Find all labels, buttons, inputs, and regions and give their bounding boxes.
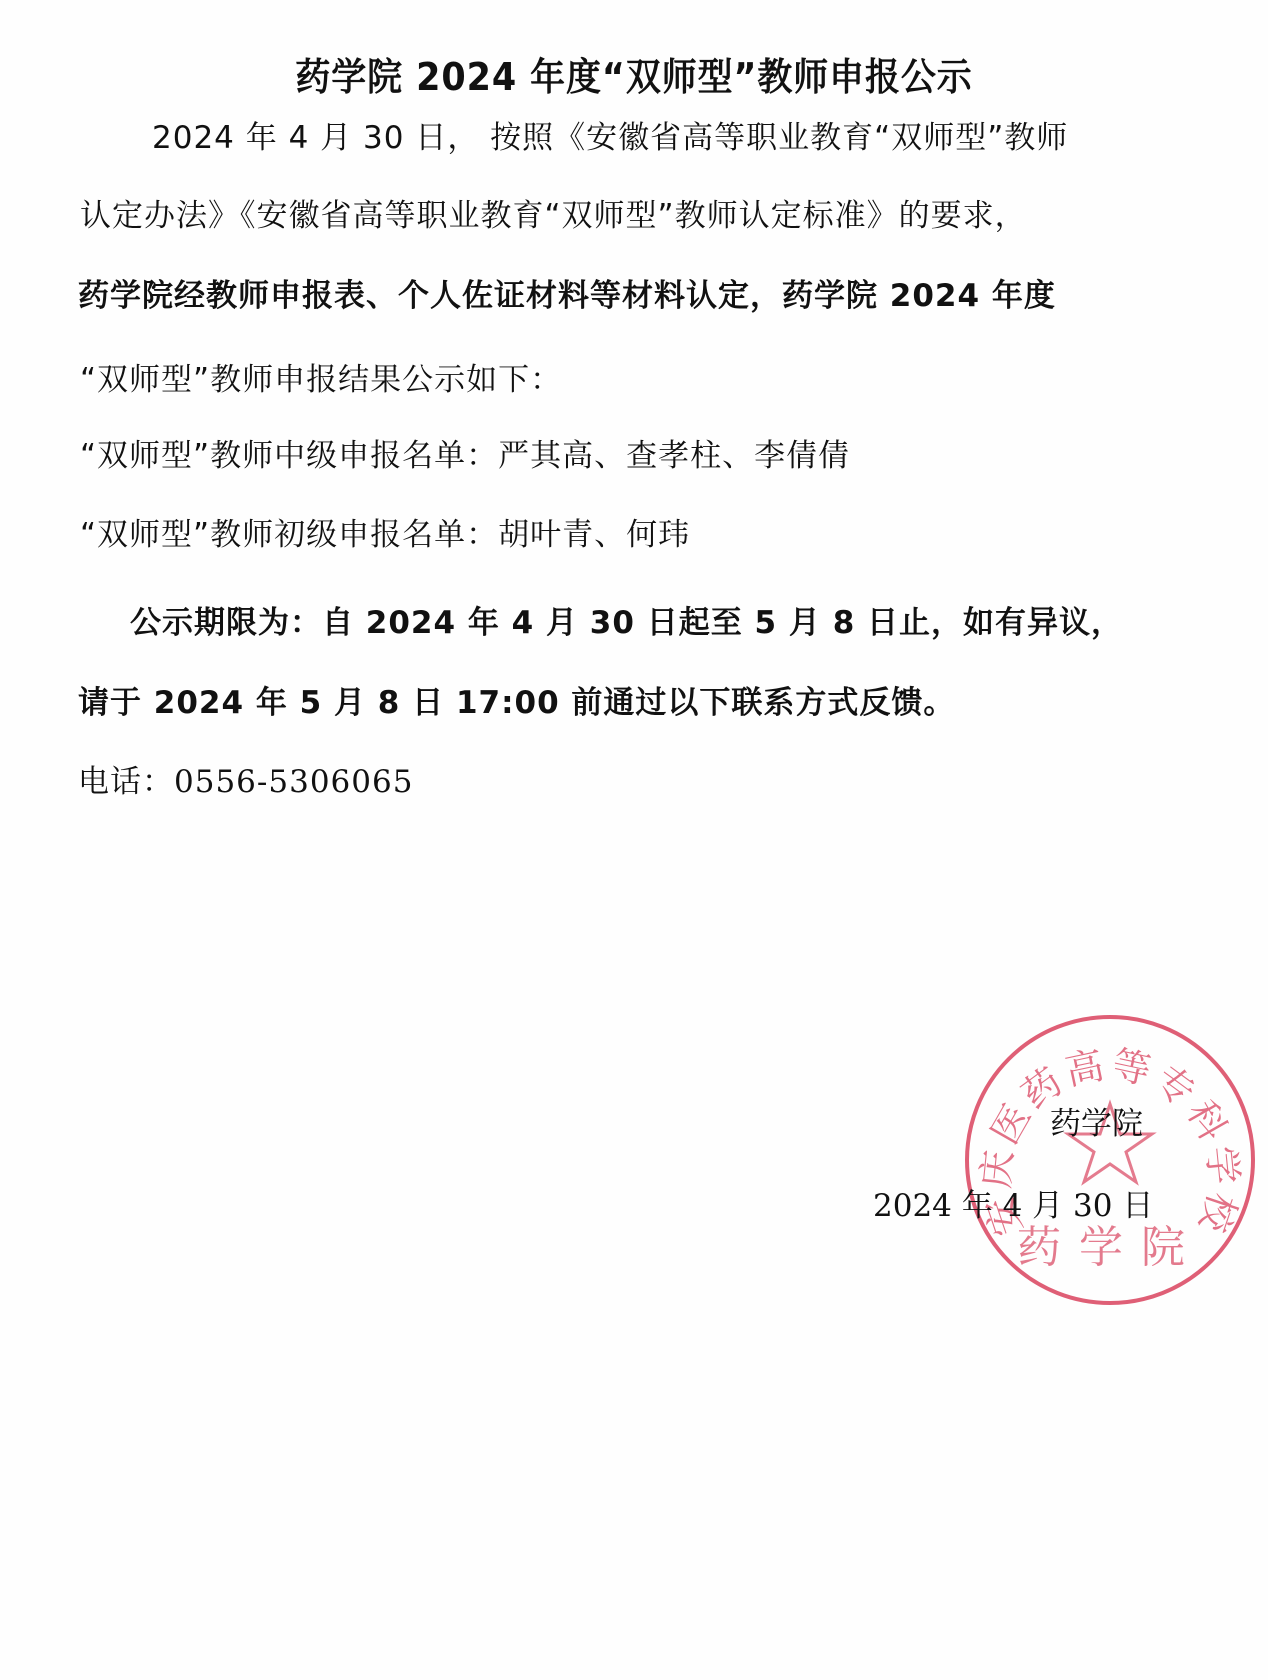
signature-unit: 药学院 bbox=[1050, 1098, 1143, 1143]
feedback-line: 请于 2024 年 5 月 8 日 17:00 前通过以下联系方式反馈。 bbox=[78, 683, 955, 723]
intermediate-list-line: “双师型”教师中级申报名单：严其高、查孝柱、李倩倩 bbox=[80, 436, 850, 476]
signature-date: 2024 年 4 月 30 日 bbox=[873, 1180, 1153, 1225]
document-title: 药学院 2024 年度“双师型”教师申报公示 bbox=[51, 46, 1218, 101]
body-line-2: 认定办法》《安徽省高等职业教育“双师型”教师认定标准》的要求， bbox=[80, 196, 1027, 236]
seal-inner-text: 药学院 bbox=[1017, 1222, 1203, 1273]
body-line-4: “双师型”教师申报结果公示如下： bbox=[80, 360, 562, 400]
body-line-3: 药学院经教师申报表、个人佐证材料等材料认定，药学院 2024 年度 bbox=[78, 276, 1056, 316]
junior-list-line: “双师型”教师初级申报名单：胡叶青、何玮 bbox=[80, 515, 690, 555]
official-seal-icon: 安庆医药高等专科学校 药学院 bbox=[962, 1012, 1258, 1308]
body-line-1: 2024 年 4 月 30 日， 按照《安徽省高等职业教育“双师型”教师 bbox=[152, 118, 1068, 158]
period-line: 公示期限为：自 2024 年 4 月 30 日起至 5 月 8 日止，如有异议， bbox=[130, 603, 1123, 643]
phone-line: 电话：0556-5306065 bbox=[78, 762, 413, 802]
